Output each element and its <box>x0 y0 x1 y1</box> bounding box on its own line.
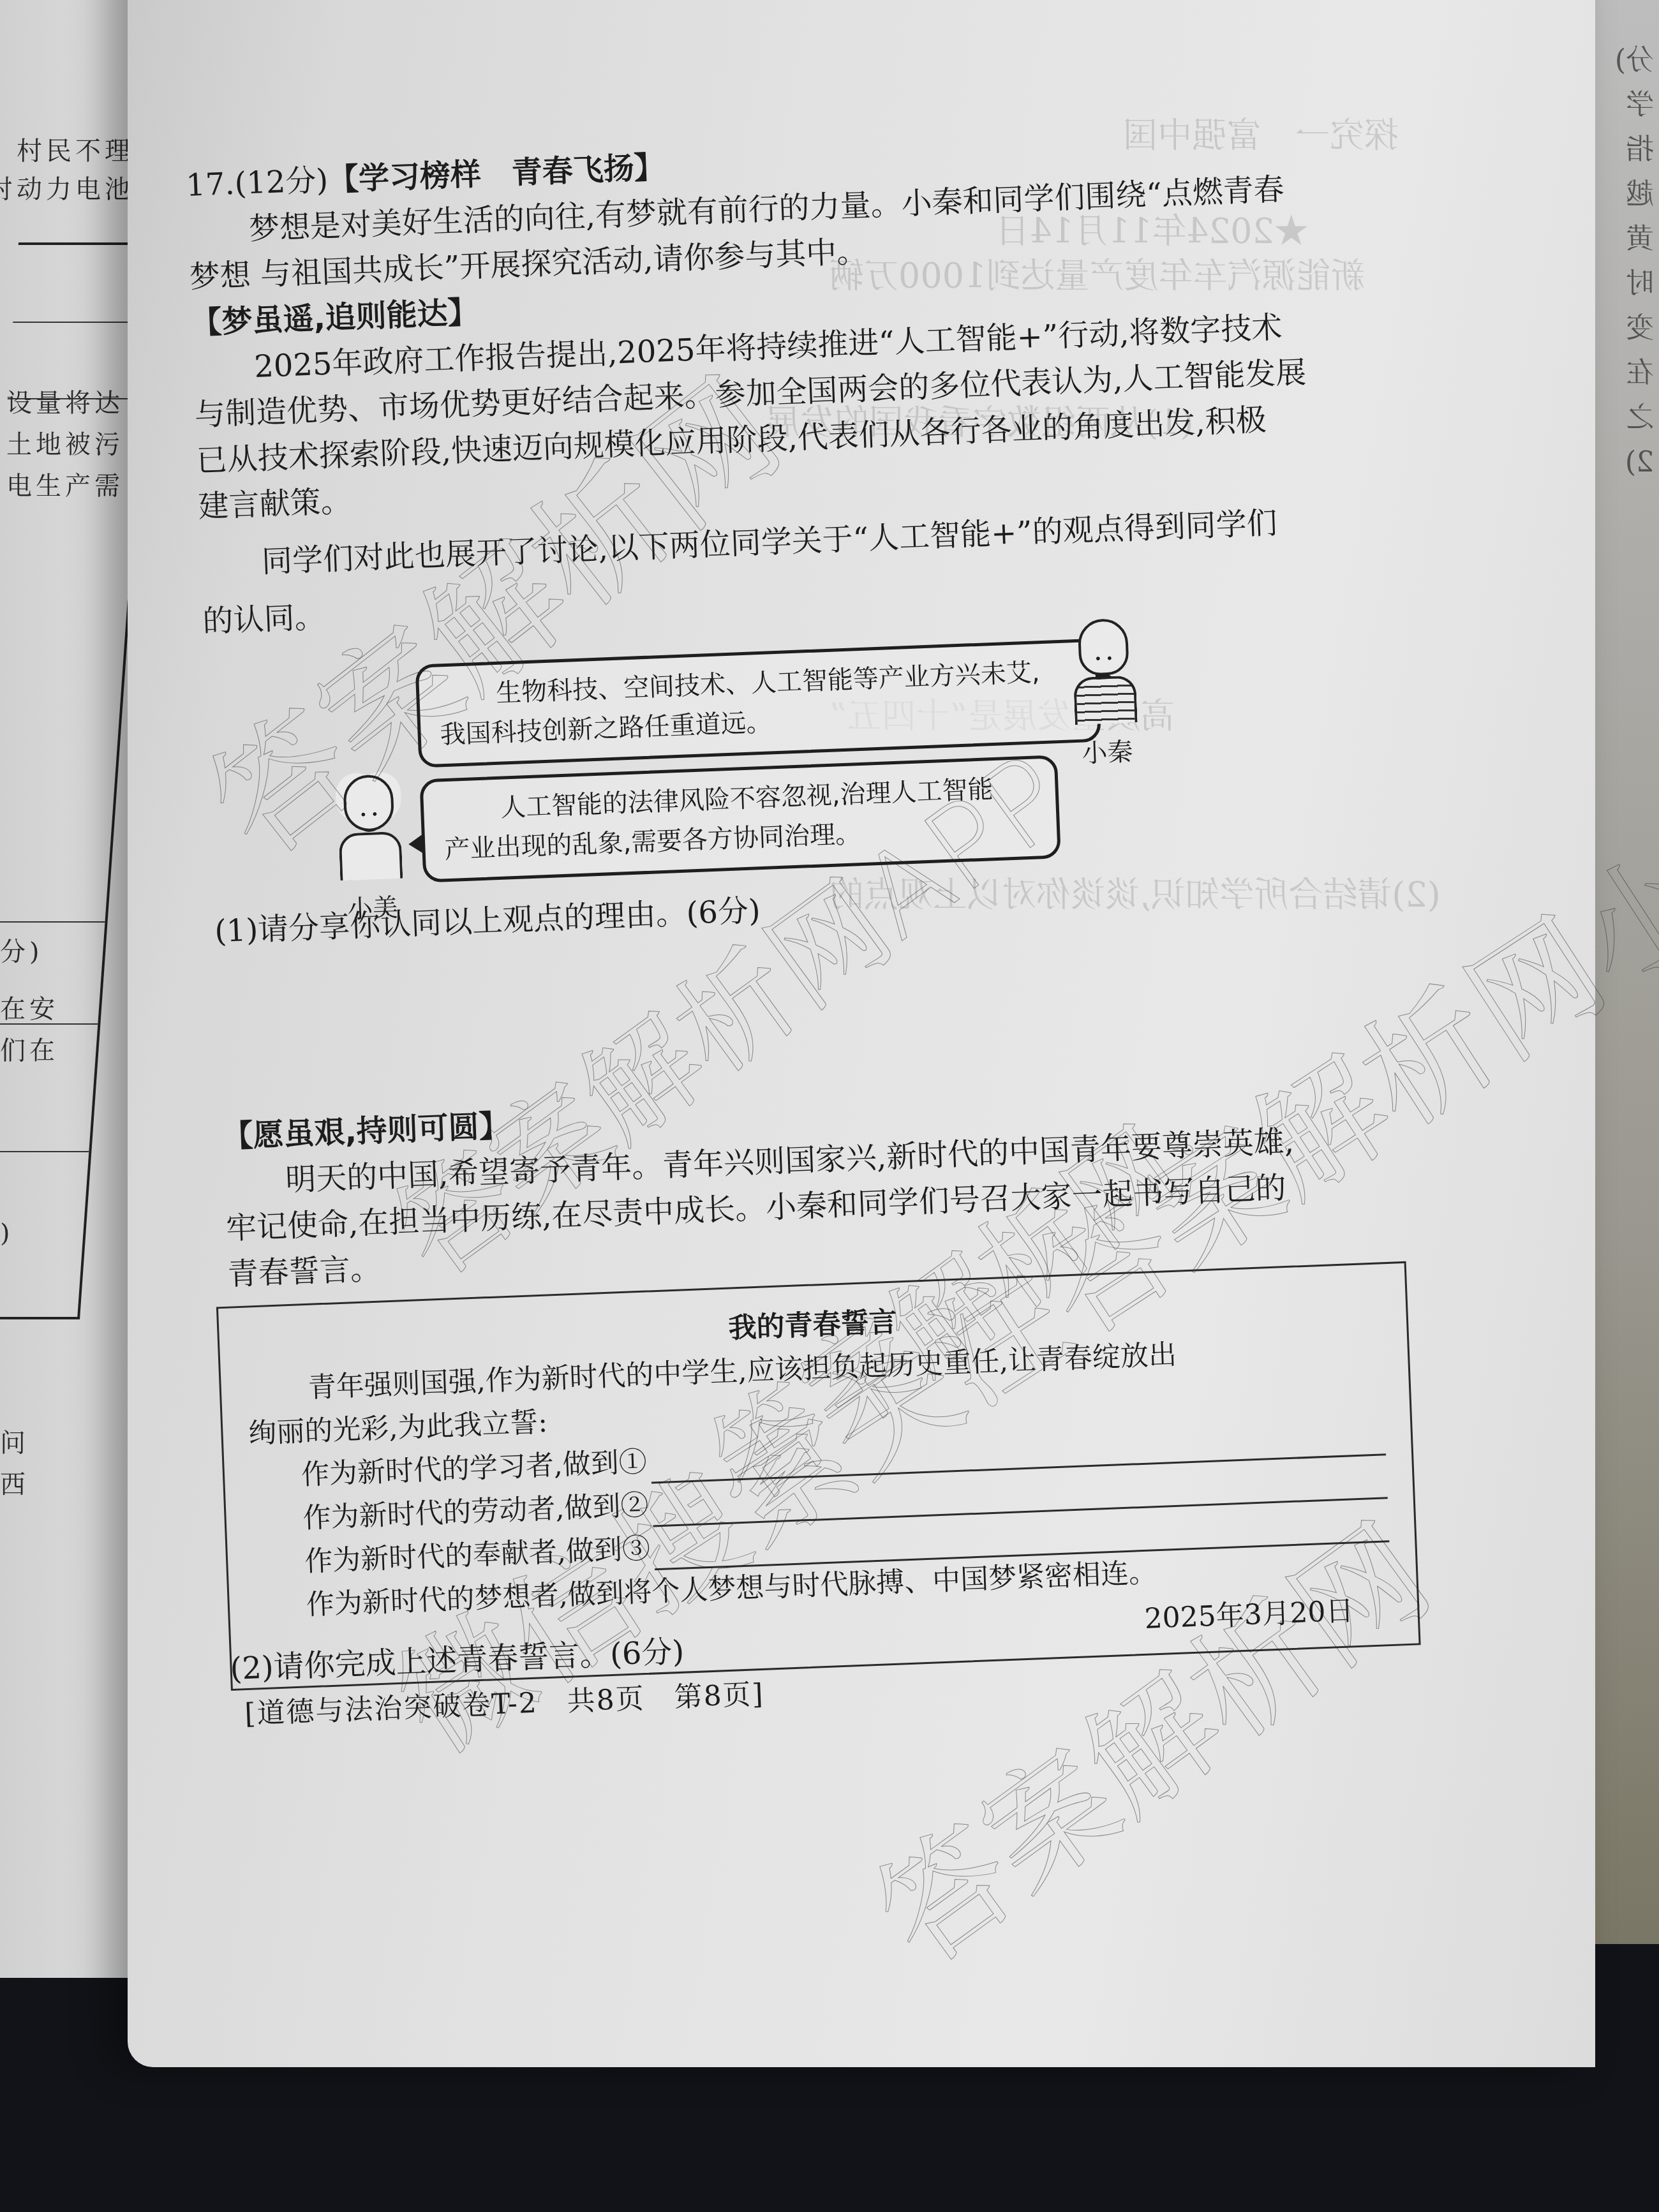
left-page-text: 电生产需 <box>6 466 124 502</box>
girl-avatar-icon: 小美 <box>336 774 405 933</box>
left-page-text: ) <box>0 1219 14 1248</box>
left-page-text: 问 <box>0 1423 29 1459</box>
question-17: 17.(12分)【学习榜样 青春飞扬】 梦想是对美好生活的向往,有梦就有前行的力… <box>185 117 1431 1738</box>
dialog-illustration: 生物科技、空间技术、人工智能等产业方兴未艾, 我国科技创新之路任重道远。 小秦 … <box>204 614 1399 889</box>
left-page-text: 分) <box>0 932 43 968</box>
question-topic: 【学习榜样 青春飞扬】 <box>327 149 666 198</box>
speaker-name: 小美 <box>341 885 405 933</box>
left-page-text: 对动力电池 <box>0 169 134 205</box>
left-page-text: 。村民不理 <box>0 131 134 167</box>
left-page-text: 设量将达 <box>6 383 124 419</box>
boy-avatar-icon: 小秦 <box>1071 618 1140 777</box>
intro-line: 小秦和同学们围绕“点燃青春 <box>901 172 1285 222</box>
left-page-text: 西 <box>0 1464 29 1501</box>
previous-page-edge: 。村民不理 对动力电池 设量将达 土地被污 电生产需 分) 在安 们在 ) 问 … <box>0 0 140 1978</box>
left-page-text: 们在 <box>0 1030 59 1067</box>
left-page-text: 在安 <box>0 989 59 1025</box>
left-page-text: 土地被污 <box>6 424 124 461</box>
speaker-name: 小秦 <box>1075 729 1140 777</box>
question-number: 17.(12分) <box>185 162 329 204</box>
oath-box: 我的青春誓言 青年强则国强,作为新时代的中学生,应该担负起历史重任,让青春绽放出… <box>216 1261 1421 1691</box>
speech-bubble-qin: 生物科技、空间技术、人工智能等产业方兴未艾, 我国科技创新之路任重道远。 <box>415 639 1101 768</box>
speech-bubble-mei: 人工智能的法律风险不容忽视,治理人工智能 产业出现的乱象,需要各方协同治理。 <box>419 755 1060 882</box>
